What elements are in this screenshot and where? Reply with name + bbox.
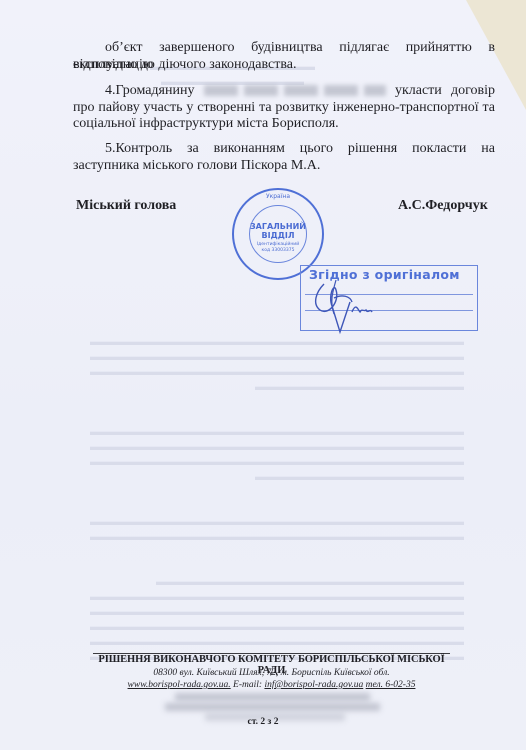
footer-phone: тел. 6-02-35 [366,680,416,690]
document-page: ▬▬▬▬▬▬▬▬▬▬▬▬▬▬▬ ▬▬▬▬▬▬▬▬▬▬▬▬▬ ▬▬▬▬▬▬▬▬▬▬… [0,0,526,750]
bleed-through-text: ▬▬▬▬▬▬▬▬▬▬▬▬▬▬▬▬▬▬▬▬▬▬▬▬▬▬▬▬▬▬▬▬▬▬ ▬▬▬▬▬… [90,335,464,665]
stamp-id: Ідентифікаційний код 33003375 [234,242,322,253]
footer-website[interactable]: www.borispol-rada.gov.ua. [128,680,231,690]
redacted-line [165,703,380,711]
stamp-country: Україна [234,193,322,200]
signatory-name: А.С.Федорчук [398,198,488,214]
footer-contacts: www.borispol-rada.gov.ua. E-mail: inf@bo… [93,680,450,690]
handwritten-signature-icon [306,272,386,342]
footer-address: 08300 вул. Київський Шлях, 72, м. Борисп… [93,668,450,678]
redacted-line [175,693,370,701]
paragraph-3-end: відповідно до діючого законодавства. [73,57,495,74]
footer-email[interactable]: inf@borispol-rada.gov.ua [264,680,363,690]
signatory-position: Міський голова [76,198,176,214]
paragraph-4: 4.Громадянину укласти договір про пайову… [73,83,495,133]
redacted-name [204,85,386,96]
paragraph-5: 5.Контроль за виконанням цього рішення п… [73,141,495,174]
stamp-department: ЗАГАЛЬНИЙ ВІДДІЛ [234,222,322,240]
page-number: ст. 2 з 2 [0,717,526,727]
